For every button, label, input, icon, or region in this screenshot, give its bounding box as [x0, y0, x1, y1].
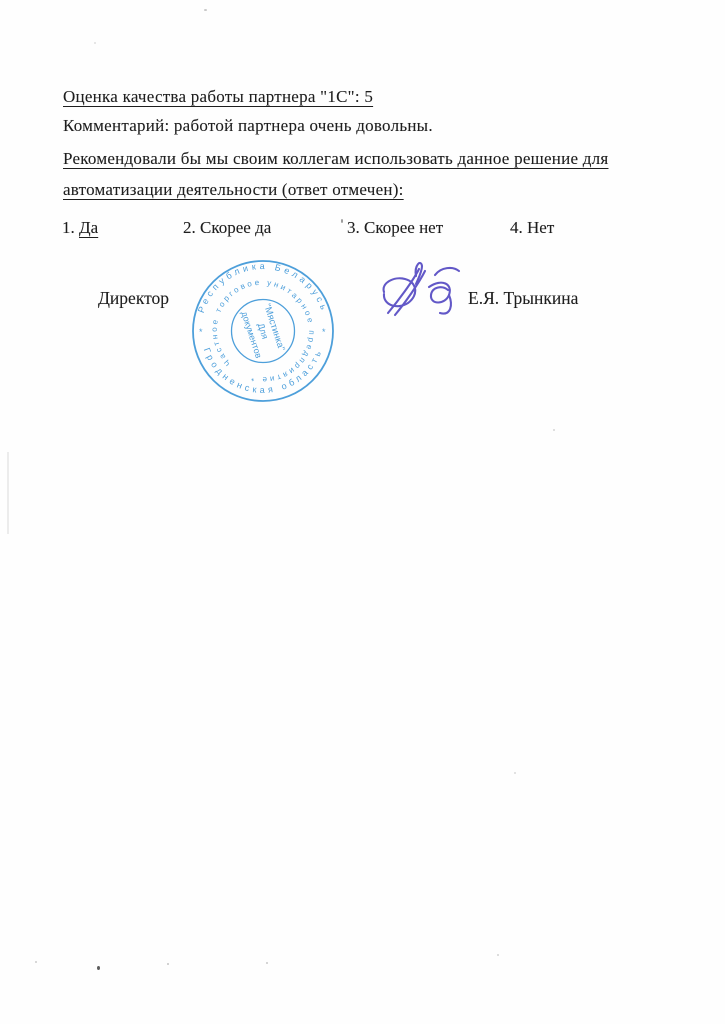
scan-speck — [167, 963, 169, 965]
scan-speck — [497, 954, 499, 956]
option-number: 2. — [183, 218, 196, 237]
signature-tilde — [435, 268, 459, 275]
doc-line-comment: Комментарий: работой партнера очень дово… — [63, 116, 433, 136]
doc-line-recommend-2: автоматизации деятельности (ответ отмече… — [63, 180, 404, 200]
doc-line-rating: Оценка качества работы партнера "1С": 5 — [63, 87, 373, 107]
option-number: 1. — [62, 218, 75, 237]
option-number: 4. — [510, 218, 523, 237]
signature-right-loop — [429, 283, 450, 303]
stamp-separator-right: * — [322, 327, 326, 337]
option-rather-no: 3. Скорее нет — [347, 218, 443, 238]
scan-speck — [97, 966, 100, 970]
stamp-center-text: "Мястинка" Для документов — [239, 302, 287, 359]
signatory-name: Е.Я. Трынкина — [468, 288, 578, 309]
scan-speck — [553, 429, 555, 431]
option-number: 3. — [347, 218, 360, 237]
signatory-role: Директор — [98, 288, 169, 309]
doc-line-recommend-1: Рекомендовали бы мы своим коллегам испол… — [63, 149, 608, 169]
scan-speck — [204, 9, 207, 11]
option-label-selected: Да — [79, 218, 98, 237]
scan-speck — [94, 42, 96, 44]
stamp-separator-left: * — [199, 327, 203, 337]
option-rather-yes: 2. Скорее да — [183, 218, 271, 238]
scan-speck — [514, 772, 516, 774]
scan-speck — [35, 961, 37, 963]
option-label: Скорее да — [200, 218, 271, 237]
signature-scribble — [372, 252, 472, 332]
scan-speck — [341, 219, 343, 223]
company-stamp: Республика Беларусь Гродненская область … — [188, 256, 338, 406]
option-yes: 1. Да — [62, 218, 98, 238]
signature-tail — [440, 295, 451, 314]
scan-artifact-line — [7, 452, 9, 534]
option-no: 4. Нет — [510, 218, 554, 238]
option-label: Скорее нет — [364, 218, 443, 237]
scan-speck — [266, 962, 268, 964]
scanned-document-page: Оценка качества работы партнера "1С": 5 … — [0, 0, 725, 1024]
option-label: Нет — [527, 218, 554, 237]
